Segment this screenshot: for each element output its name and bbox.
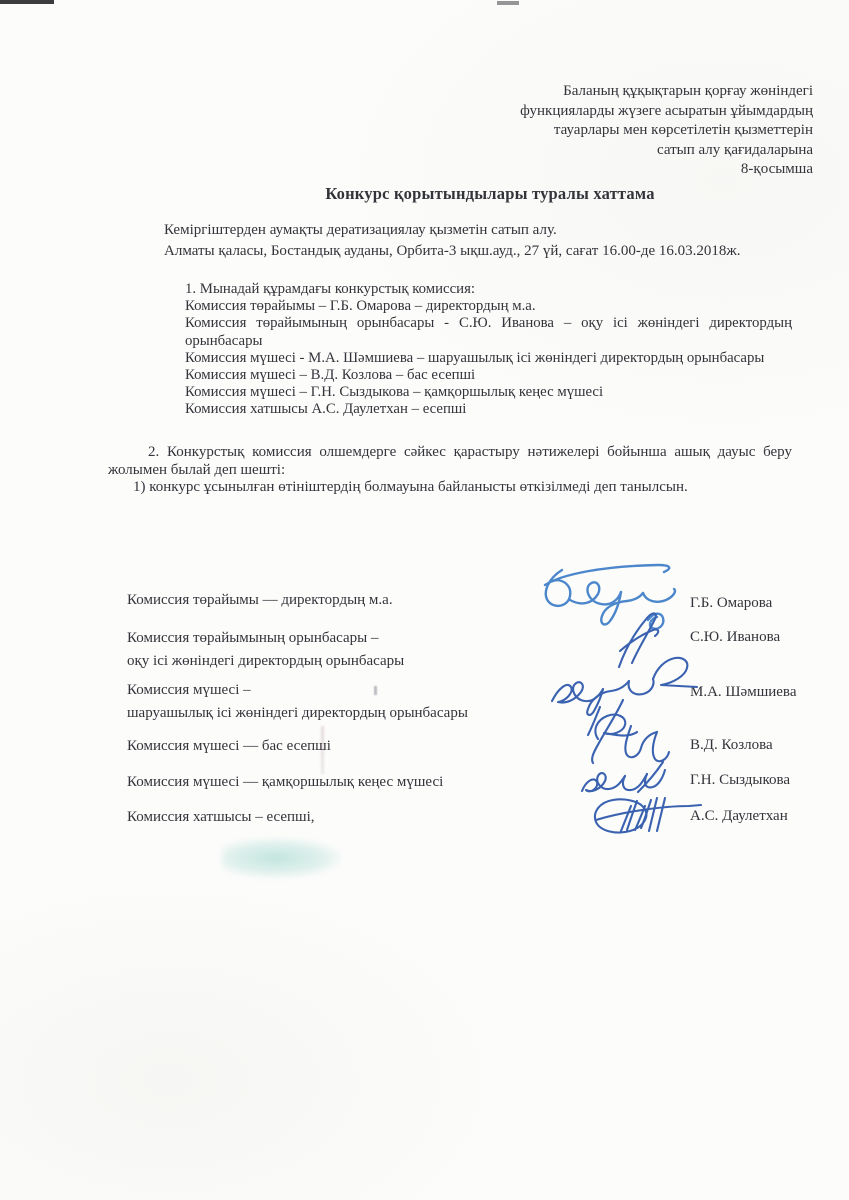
- signature-label-line: Комиссия хатшысы – есепші,: [127, 806, 315, 829]
- signee-name: Г.Н. Сыздыкова: [690, 772, 790, 789]
- signature-syzdykova-ink: [582, 762, 665, 792]
- appendix-header-line: Баланың құқықтарын қорғау жөніндегі: [520, 82, 813, 102]
- signature-label-member-3: Комиссия мүшесі — қамқоршылық кеңес мүше…: [127, 771, 443, 794]
- signature-label-chair: Комиссия төрайымы — директордың м.а.: [127, 589, 393, 612]
- appendix-header-line: функцияларды жүзеге асыратын ұйымдардың: [520, 102, 813, 122]
- signature-label-vice-chair: Комиссия төрайымының орынбасары – оқу іс…: [127, 627, 404, 672]
- document-title: Конкурс қорытындылары туралы хаттама: [131, 184, 849, 204]
- signee-name: М.А. Шәмшиева: [690, 684, 796, 701]
- signature-label-line: Комиссия төрайымы — директордың м.а.: [127, 589, 393, 612]
- appendix-header-line: тауарлары мен көрсетілетін қызметтерін: [520, 121, 813, 141]
- signature-omarova-ink: [545, 565, 675, 629]
- intro-line: Кеміргіштерден аумақты дератизациялау қы…: [164, 220, 814, 241]
- commission-member: Комиссия төрайымы – Г.Б. Омарова – дирек…: [185, 298, 792, 315]
- signature-label-line: Комиссия төрайымының орынбасары –: [127, 627, 404, 650]
- signature-kozlova-ink: [592, 700, 669, 763]
- scan-artifact-top-dash: [497, 1, 519, 5]
- signature-label-member-2: Комиссия мүшесі — бас есепші: [127, 735, 331, 758]
- commission-member: Комиссия хатшысы А.С. Даулетхан – есепші: [185, 401, 792, 418]
- signee-name: Г.Б. Омарова: [690, 595, 772, 612]
- decision-item: 1) конкурс ұсынылған өтініштердің болмау…: [108, 479, 792, 497]
- appendix-header-line: 8-қосымша: [520, 160, 813, 180]
- intro-paragraph: Кеміргіштерден аумақты дератизациялау қы…: [164, 220, 814, 261]
- decision-section: 2. Конкурстық комиссия олшемдерге сәйкес…: [108, 444, 792, 497]
- signature-label-line: Комиссия мүшесі –: [127, 679, 468, 702]
- intro-line: Алматы қаласы, Бостандық ауданы, Орбита-…: [164, 241, 814, 262]
- signature-label-secretary: Комиссия хатшысы – есепші,: [127, 806, 315, 829]
- signee-name: А.С. Даулетхан: [690, 808, 788, 825]
- signature-label-line: Комиссия мүшесі — бас есепші: [127, 735, 331, 758]
- commission-member: Комиссия мүшесі – Г.Н. Сыздыкова – қамқо…: [185, 384, 792, 401]
- signature-shamshiyeva-ink: [552, 658, 697, 735]
- signature-ivanova-ink: [619, 613, 658, 667]
- signature-label-line: оқу ісі жөніндегі директордың орынбасары: [127, 650, 404, 673]
- signature-dauletkhan-ink: [595, 798, 701, 833]
- scan-artifact-top-bar: [0, 0, 54, 4]
- commission-member: Комиссия төрайымының орынбасары - С.Ю. И…: [185, 315, 792, 349]
- signature-label-member-1: Комиссия мүшесі – шаруашылық ісі жөнінде…: [127, 679, 468, 724]
- commission-member: Комиссия мүшесі - М.А. Шәмшиева – шаруаш…: [185, 350, 792, 367]
- scan-artifact-teal-smudge: [222, 838, 342, 878]
- signature-label-line: шаруашылық ісі жөніндегі директордың оры…: [127, 702, 468, 725]
- commission-member: Комиссия мүшесі – В.Д. Козлова – бас есе…: [185, 367, 792, 384]
- signee-name: В.Д. Козлова: [690, 737, 773, 754]
- commission-heading: 1. Мынадай құрамдағы конкурстық комиссия…: [185, 281, 792, 298]
- appendix-header-line: сатып алу қағидаларына: [520, 141, 813, 161]
- appendix-header: Баланың құқықтарын қорғау жөніндегі функ…: [520, 82, 813, 180]
- scanned-document-page: Баланың құқықтарын қорғау жөніндегі функ…: [0, 0, 849, 1200]
- commission-list: 1. Мынадай құрамдағы конкурстық комиссия…: [185, 281, 792, 419]
- signature-label-line: Комиссия мүшесі — қамқоршылық кеңес мүше…: [127, 771, 443, 794]
- signee-name: С.Ю. Иванова: [690, 629, 780, 646]
- decision-paragraph: 2. Конкурстық комиссия олшемдерге сәйкес…: [108, 444, 792, 479]
